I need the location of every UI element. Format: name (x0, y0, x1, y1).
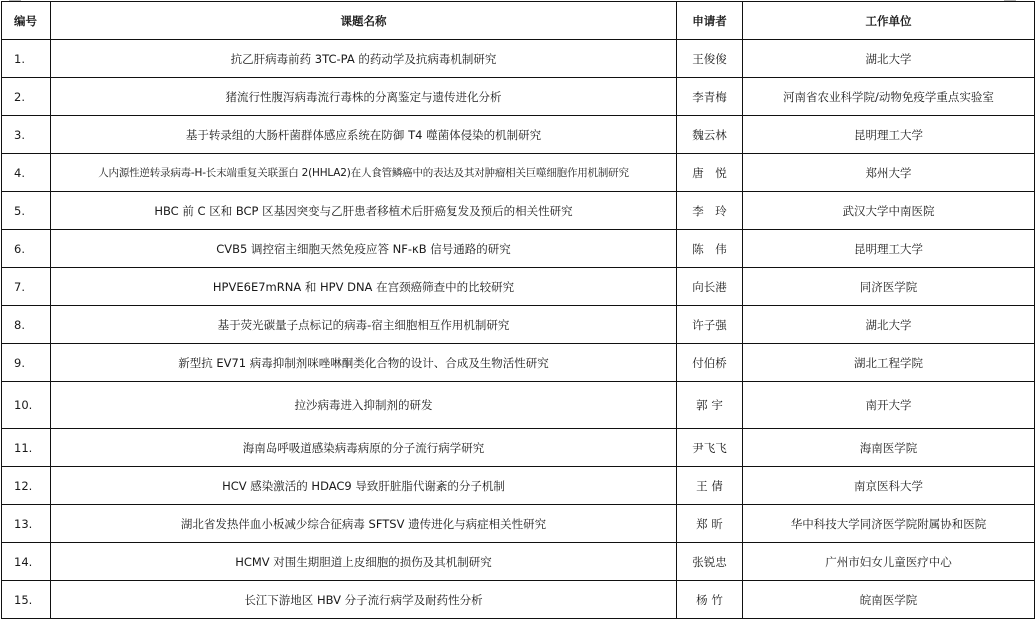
row-number: 11. (2, 429, 51, 467)
table-row: 5. HBC 前 C 区和 BCP 区基因突变与乙肝患者移植术后肝癌复发及预后的… (2, 192, 1035, 230)
row-applicant: 尹飞飞 (677, 429, 743, 467)
row-title: HCMV 对围生期胆道上皮细胞的损伤及其机制研究 (51, 543, 677, 581)
table-row: 6. CVB5 调控宿主细胞天然免疫应答 NF-κB 信号通路的研究 陈 伟 昆… (2, 230, 1035, 268)
table-row: 8. 基于荧光碳量子点标记的病毒-宿主细胞相互作用机制研究 许子强 湖北大学 (2, 306, 1035, 344)
row-title: 拉沙病毒进入抑制剂的研发 (51, 382, 677, 429)
row-applicant: 付伯桥 (677, 344, 743, 382)
project-table: 编号 课题名称 申请者 工作单位 1. 抗乙肝病毒前药 3TC-PA 的药动学及… (1, 1, 1035, 619)
table-row: 7. HPVE6E7mRNA 和 HPV DNA 在宫颈癌筛查中的比较研究 向长… (2, 268, 1035, 306)
row-title: 长江下游地区 HBV 分子流行病学及耐药性分析 (51, 581, 677, 619)
row-unit: 昆明理工大学 (743, 116, 1035, 154)
row-number: 10. (2, 382, 51, 429)
row-title: CVB5 调控宿主细胞天然免疫应答 NF-κB 信号通路的研究 (51, 230, 677, 268)
row-unit: 同济医学院 (743, 268, 1035, 306)
row-number: 6. (2, 230, 51, 268)
row-applicant: 唐 悦 (677, 154, 743, 192)
row-number: 5. (2, 192, 51, 230)
row-unit: 昆明理工大学 (743, 230, 1035, 268)
row-unit: 湖北工程学院 (743, 344, 1035, 382)
row-unit: 广州市妇女儿童医疗中心 (743, 543, 1035, 581)
table-row: 12. HCV 感染激活的 HDAC9 导致肝脏脂代谢紊的分子机制 王 倩 南京… (2, 467, 1035, 505)
row-applicant: 杨 竹 (677, 581, 743, 619)
table-row: 2. 猪流行性腹泻病毒流行毒株的分离鉴定与遗传进化分析 李青梅 河南省农业科学院… (2, 78, 1035, 116)
row-applicant: 郭 宇 (677, 382, 743, 429)
row-number: 3. (2, 116, 51, 154)
row-number: 14. (2, 543, 51, 581)
row-applicant: 郑 昕 (677, 505, 743, 543)
row-applicant: 李青梅 (677, 78, 743, 116)
row-title: 海南岛呼吸道感染病毒病原的分子流行病学研究 (51, 429, 677, 467)
row-applicant: 张锐忠 (677, 543, 743, 581)
row-number: 13. (2, 505, 51, 543)
row-title: 湖北省发热伴血小板减少综合征病毒 SFTSV 遗传进化与病症相关性研究 (51, 505, 677, 543)
row-unit: 南京医科大学 (743, 467, 1035, 505)
header-number: 编号 (2, 2, 51, 40)
row-number: 12. (2, 467, 51, 505)
table-row: 3. 基于转录组的大肠杆菌群体感应系统在防御 T4 噬菌体侵染的机制研究 魏云林… (2, 116, 1035, 154)
header-unit: 工作单位 (743, 2, 1035, 40)
header-applicant: 申请者 (677, 2, 743, 40)
table-row: 14. HCMV 对围生期胆道上皮细胞的损伤及其机制研究 张锐忠 广州市妇女儿童… (2, 543, 1035, 581)
row-number: 7. (2, 268, 51, 306)
row-title: 抗乙肝病毒前药 3TC-PA 的药动学及抗病毒机制研究 (51, 40, 677, 78)
row-title: 猪流行性腹泻病毒流行毒株的分离鉴定与遗传进化分析 (51, 78, 677, 116)
row-number: 2. (2, 78, 51, 116)
row-applicant: 陈 伟 (677, 230, 743, 268)
row-unit: 湖北大学 (743, 40, 1035, 78)
row-title: 基于转录组的大肠杆菌群体感应系统在防御 T4 噬菌体侵染的机制研究 (51, 116, 677, 154)
row-applicant: 李 玲 (677, 192, 743, 230)
row-title: 基于荧光碳量子点标记的病毒-宿主细胞相互作用机制研究 (51, 306, 677, 344)
row-unit: 南开大学 (743, 382, 1035, 429)
row-title: HBC 前 C 区和 BCP 区基因突变与乙肝患者移植术后肝癌复发及预后的相关性… (51, 192, 677, 230)
row-number: 15. (2, 581, 51, 619)
row-number: 8. (2, 306, 51, 344)
row-unit: 华中科技大学同济医学院附属协和医院 (743, 505, 1035, 543)
row-title: 人内源性逆转录病毒-H-长末端重复关联蛋白 2(HHLA2)在人食管鳞癌中的表达… (51, 154, 677, 192)
table-row: 15. 长江下游地区 HBV 分子流行病学及耐药性分析 杨 竹 皖南医学院 (2, 581, 1035, 619)
row-unit: 武汉大学中南医院 (743, 192, 1035, 230)
table-row: 4. 人内源性逆转录病毒-H-长末端重复关联蛋白 2(HHLA2)在人食管鳞癌中… (2, 154, 1035, 192)
row-applicant: 王俊俊 (677, 40, 743, 78)
table-row: 10. 拉沙病毒进入抑制剂的研发 郭 宇 南开大学 (2, 382, 1035, 429)
row-applicant: 向长港 (677, 268, 743, 306)
row-number: 9. (2, 344, 51, 382)
row-applicant: 许子强 (677, 306, 743, 344)
table-row: 9. 新型抗 EV71 病毒抑制剂咪唑啉酮类化合物的设计、合成及生物活性研究 付… (2, 344, 1035, 382)
row-unit: 海南医学院 (743, 429, 1035, 467)
row-number: 1. (2, 40, 51, 78)
row-title: 新型抗 EV71 病毒抑制剂咪唑啉酮类化合物的设计、合成及生物活性研究 (51, 344, 677, 382)
row-unit: 郑州大学 (743, 154, 1035, 192)
table-row: 13. 湖北省发热伴血小板减少综合征病毒 SFTSV 遗传进化与病症相关性研究 … (2, 505, 1035, 543)
row-unit: 皖南医学院 (743, 581, 1035, 619)
row-unit: 湖北大学 (743, 306, 1035, 344)
row-title: HCV 感染激活的 HDAC9 导致肝脏脂代谢紊的分子机制 (51, 467, 677, 505)
row-unit: 河南省农业科学院/动物免疫学重点实验室 (743, 78, 1035, 116)
header-title: 课题名称 (51, 2, 677, 40)
table-row: 1. 抗乙肝病毒前药 3TC-PA 的药动学及抗病毒机制研究 王俊俊 湖北大学 (2, 40, 1035, 78)
table-row: 11. 海南岛呼吸道感染病毒病原的分子流行病学研究 尹飞飞 海南医学院 (2, 429, 1035, 467)
row-number: 4. (2, 154, 51, 192)
row-title: HPVE6E7mRNA 和 HPV DNA 在宫颈癌筛查中的比较研究 (51, 268, 677, 306)
table-header-row: 编号 课题名称 申请者 工作单位 (2, 2, 1035, 40)
row-applicant: 魏云林 (677, 116, 743, 154)
row-applicant: 王 倩 (677, 467, 743, 505)
